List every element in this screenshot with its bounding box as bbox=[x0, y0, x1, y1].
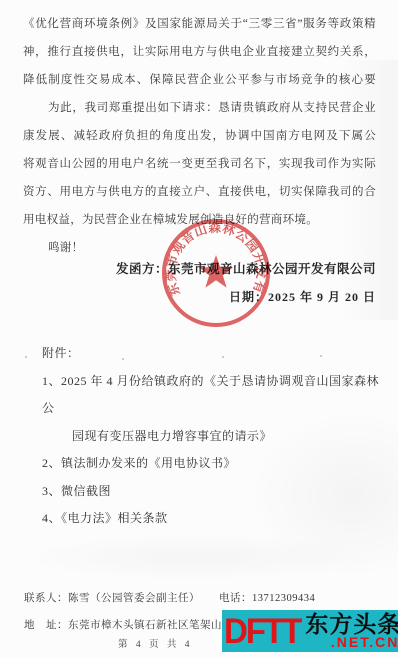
scan-artifact-dot bbox=[320, 355, 322, 357]
scan-noise bbox=[30, 535, 360, 580]
watermark-site-domain: .NET.CN bbox=[305, 635, 398, 650]
attachment-item-wrap: 园现有变压器电力增容事宜的请示》 bbox=[72, 423, 380, 451]
scan-artifact-dot bbox=[222, 356, 224, 358]
news-site-watermark: DFTT 东方头条 .NET.CN bbox=[222, 610, 398, 652]
watermark-abbr: DFTT bbox=[224, 609, 300, 652]
scanned-letter-page: 《优化营商环境条例》及国家能源局关于“三零三省”服务等政策精 神，推行直接供电，… bbox=[0, 0, 398, 658]
scan-artifact-dot bbox=[25, 356, 27, 358]
contact-phone: 电话：13712309434 bbox=[219, 585, 315, 612]
attachment-item: 2、镇法制办发来的《用电协议书》 bbox=[42, 450, 380, 478]
scan-artifact-dot bbox=[122, 358, 124, 360]
contact-row: 联系人：陈雪（公园管委会副主任） 电话：13712309434 bbox=[24, 585, 376, 612]
body-line: 神，推行直接供电，让实际用电方与供电企业直接建立契约关系，是 bbox=[23, 38, 376, 66]
seal-text: 东莞市观音山森林公园开发有限公司 bbox=[158, 215, 269, 298]
watermark-text-group: 东方头条 .NET.CN bbox=[305, 613, 398, 650]
seal-star-icon bbox=[199, 255, 233, 288]
attachments-section: 附件： 1、2025 年 4 月份给镇政府的《关于恳请协调观音山国家森林公 园现… bbox=[24, 340, 380, 533]
attachment-item: 1、2025 年 4 月份给镇政府的《关于恳请协调观音山国家森林公 bbox=[42, 368, 380, 423]
watermark-site-name: 东方头条 bbox=[305, 613, 398, 635]
body-line: 为此，我司郑重提出如下请求：恳请贵镇政府从支持民营企业健 bbox=[23, 94, 376, 122]
attachments-title: 附件： bbox=[42, 340, 380, 368]
contact-person: 联系人：陈雪（公园管委会副主任） bbox=[24, 585, 200, 612]
body-line: 资方、用电方与供电方的直接立户、直接供电，切实保障我司的合法 bbox=[23, 178, 376, 206]
attachment-item: 4、《电力法》相关条款 bbox=[42, 505, 380, 533]
page-number: 第 4 页 共 4 bbox=[118, 636, 193, 650]
body-line: 《优化营商环境条例》及国家能源局关于“三零三省”服务等政策精 bbox=[23, 10, 376, 38]
body-line: 降低制度性交易成本、保障民营企业公平参与市场竞争的核心要义。 bbox=[23, 66, 376, 94]
company-seal-stamp: 东莞市观音山森林公园开发有限公司 bbox=[158, 215, 274, 331]
attachment-item: 3、微信截图 bbox=[42, 478, 380, 506]
body-line: 将观音山公园的用电户名统一变更至我司名下，实现我司作为实际投 bbox=[23, 150, 376, 178]
svg-text:东莞市观音山森林公园开发有限公司: 东莞市观音山森林公园开发有限公司 bbox=[158, 215, 269, 298]
body-line: 康发展、减轻政府负担的角度出发，协调中国南方电网及下属公司， bbox=[23, 122, 376, 150]
